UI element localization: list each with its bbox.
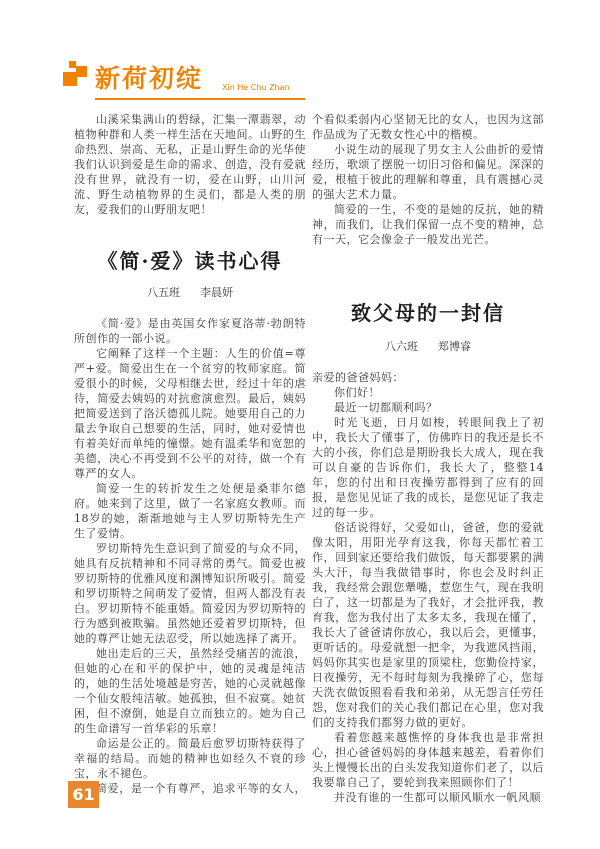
article1-title: 《简·爱》读书心得 [74, 245, 306, 274]
article2-byline: 八六班郑博睿 [312, 338, 544, 354]
page-header: 新荷初绽 Xin He Chu Zhan [62, 58, 322, 104]
body-paragraph: 罗切斯特先生意识到了简爱的与众不同，她具有反抗精神和不同寻常的勇气。简爱也被罗切… [74, 541, 306, 646]
letter-paragraph: 看着您越来越憔悴的身体我也是非常担心，担心爸爸妈妈的身体越来越差，看着你们头上慢… [312, 730, 544, 790]
body-paragraph: 《简·爱》是由英国女作家夏洛蒂·勃朗特所创作的一部小说。 [74, 316, 306, 346]
continuation-paragraph: 个看似柔弱内心坚韧无比的女人，也因为这部作品成为了无数女性心中的楷模。 [312, 112, 544, 142]
magazine-page: 新荷初绽 Xin He Chu Zhan 山溪采集满山的碧绿，汇集一潭翡翠，动植… [0, 0, 600, 849]
masthead-title: 新荷初绽 [95, 59, 203, 95]
byline-name: 李晨妍 [200, 286, 233, 299]
body-paragraph: 命运是公正的。简最后愈罗切斯特获得了幸福的结局。而她的精神也如经久不衰的珍宝，永… [74, 736, 306, 781]
letter-paragraph: 俗话说得好，父爱如山，爸爸，您的爱就像太阳，用阳光孕育这我，你每天都忙着工作，回… [312, 520, 544, 730]
body-paragraph: 简爱的一生，不变的是她的反抗，她的精神，而我们，让我们保留一点不变的精神，总有一… [312, 202, 544, 247]
letter-paragraph: 并没有谁的一生都可以顺风顺水一帆风顺 [312, 790, 544, 805]
header-rule [95, 98, 305, 100]
logo-square-small [69, 61, 76, 68]
byline-name: 郑博睿 [438, 340, 471, 353]
logo-square-medium [76, 66, 87, 77]
left-column: 山溪采集满山的碧绿，汇集一潭翡翠，动植物种群和人类一样生活在天地间。山野的生命热… [74, 112, 306, 811]
intro-paragraph: 山溪采集满山的碧绿，汇集一潭翡翠，动植物种群和人类一样生活在天地间。山野的生命热… [74, 112, 306, 217]
masthead-subtitle: Xin He Chu Zhan [222, 83, 290, 92]
letter-opening: 最近一切都顺利吗？ [312, 400, 544, 415]
letter-salutation: 亲爱的爸爸妈妈： [312, 370, 544, 385]
logo-square-large [63, 72, 77, 86]
article1-byline: 八五班李晨妍 [74, 284, 306, 300]
logo-squares-icon [62, 58, 92, 90]
byline-class: 八六班 [385, 340, 418, 353]
body-paragraph: 简爱，是一个有尊严，追求平等的女人，这 [74, 781, 306, 811]
letter-body: 亲爱的爸爸妈妈： 你们好！ 最近一切都顺利吗？ 时光飞逝，日月如梭，转眼间我上了… [312, 370, 544, 805]
page-number-badge: 61 [68, 781, 99, 808]
body-paragraph: 她出走后的三天，虽然经受痛苦的流浪，但她的心在和平的保护中，她的灵魂是纯洁的，她… [74, 646, 306, 736]
body-paragraph: 它阐释了这样一个主题：人生的价值=尊严+爱。简爱出生在一个贫穷的牧师家庭。简爱很… [74, 346, 306, 481]
letter-paragraph: 时光飞逝，日月如梭，转眼间我上了初中，我长大了懂事了，仿佛昨日的我还是长不大的小… [312, 415, 544, 520]
body-paragraph: 小说生动的展现了男女主人公曲折的爱情经历，歌颂了摆脱一切旧习俗和偏见。深深的爱，… [312, 142, 544, 202]
article2-title: 致父母的一封信 [312, 297, 544, 326]
right-column: 个看似柔弱内心坚韧无比的女人，也因为这部作品成为了无数女性心中的楷模。 小说生动… [312, 112, 544, 805]
byline-class: 八五班 [147, 286, 180, 299]
body-paragraph: 简爱一生的转折发生之处便是桑菲尔德府。她来到了这里，做了一名家庭女教师。而18岁… [74, 481, 306, 541]
letter-greeting: 你们好！ [312, 385, 544, 400]
